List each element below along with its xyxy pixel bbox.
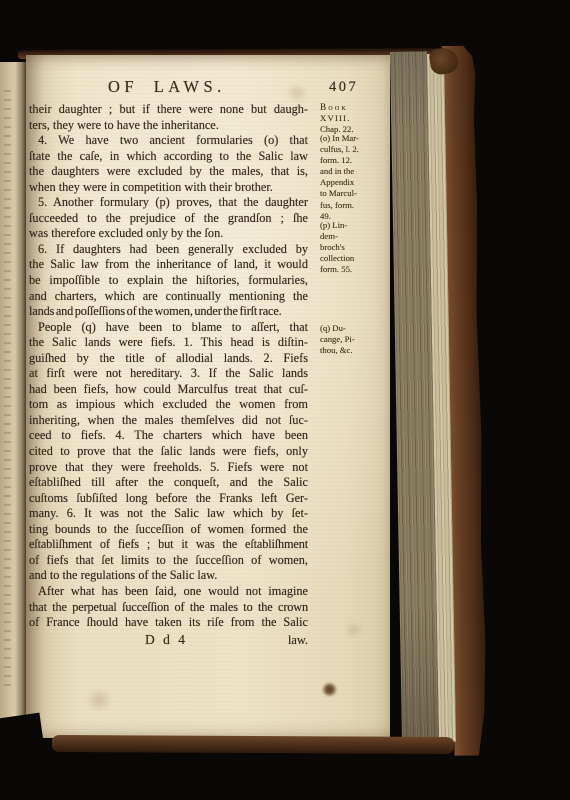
margin-note: BookXVIII.Chap. 22. [320,102,354,135]
margin-note-line: dem- [320,231,354,242]
margin-note-line: Book [320,102,354,113]
margin-note-line: form. 12. [320,155,359,166]
paper-stain [84,691,114,709]
body-lines: their daughter ; but if there were none … [29,102,308,631]
body-line: many. 6. It was not the Salic law which … [29,506,308,522]
running-title: OF LAWS. [108,77,226,97]
margin-note: (p) Lin-dem-broch'scollectionform. 55. [320,220,354,275]
margin-note-line: thou, &c. [320,345,355,356]
margin-note-line: (o) In Mar- [320,133,359,144]
body-line: inheriting, when the males themſelves di… [29,413,308,429]
margin-note-line: (q) Du- [320,323,355,334]
page-footer: D d 4 law. [29,632,308,650]
margin-note-line: cange, Pi- [320,334,355,345]
book-scan: OF LAWS. 407 their daughter ; but if the… [0,0,570,800]
catchword: law. [288,633,308,648]
facing-page-edge [0,62,27,726]
body-line: the Salic law from the inheritance of la… [29,257,308,273]
book-page: OF LAWS. 407 their daughter ; but if the… [26,55,390,738]
body-line: 4. We have two ancient formularies (o) t… [29,133,308,149]
body-line: cuſtoms ſubſiſted long before the Franks… [29,491,308,507]
body-line: ſucceeded to the prejudice of the grandſ… [29,211,308,227]
body-line: tom as impious which excluded the women … [29,397,308,413]
body-line: prove that they were freeholds. 5. Fiefs… [29,460,308,476]
signature-mark: D d 4 [145,632,188,648]
shadow [0,713,44,754]
body-line: 5. Another formulary (p) proves, that th… [29,195,308,211]
margin-note-line: (p) Lin- [320,220,354,231]
body-line: the Salic lands were fiefs. 1. This head… [29,335,308,351]
show-through-text [4,90,11,690]
body-line: of France ſhould have taken its riſe fro… [29,615,308,631]
body-line: and charters, which are continually ment… [29,289,308,305]
paper-stain [344,623,364,637]
body-line: and to the regulations of the Salic law. [29,568,308,584]
margin-note-line: and in the [320,166,359,177]
margin-note-line: form. 55. [320,264,354,275]
body-line: After what has been ſaid, one would not … [29,584,308,600]
body-line: that the perpetual ſucceſſion of the mal… [29,600,308,616]
body-line: ters, they were to have the inheritance. [29,118,308,134]
margin-note-line: Appendix [320,177,359,188]
book-bottom-edge [52,735,454,754]
body-line: cited to prove that the ſalic lands were… [29,444,308,460]
margin-note-line: culfus, l. 2. [320,144,359,155]
body-line: guiſhed by the title of allodial lands. … [29,351,308,367]
body-line: ting bounds to the ſucceſſion of women f… [29,522,308,538]
body-line: 6. If daughters had been generally exclu… [29,242,308,258]
body-line: at firſt were not hereditary. 3. If the … [29,366,308,382]
body-line: People (q) have been to blame to aſſert,… [29,320,308,336]
body-line: when they were in competition with their… [29,180,308,196]
margin-note-line: to Marcul- [320,188,359,199]
body-line: ceed to fiefs. 4. The charters which hav… [29,428,308,444]
body-line: of fiefs that ſet limits to the ſucceſſi… [29,553,308,569]
body-line: lands and poſſeſſions of the women, unde… [29,304,308,320]
body-line: was therefore excluded only by the ſon. [29,226,308,242]
body-line: be impoſſible to explain the hiſtories, … [29,273,308,289]
page-number: 407 [329,79,358,96]
body-line: their daughter ; but if there were none … [29,102,308,118]
body-line: the daughters were excluded by the males… [29,164,308,180]
body-line: eſtabliſhed till after the conqueſt, and… [29,475,308,491]
margin-note: (q) Du-cange, Pi-thou, &c. [320,323,355,356]
margin-note: (o) In Mar-culfus, l. 2.form. 12.and in … [320,133,359,222]
body-line: eſtabliſhment of fiefs ; but it was the … [29,537,308,553]
margin-note-line: XVIII. [320,113,354,124]
page-header: OF LAWS. 407 [26,77,390,99]
body-line: had been fiefs, how could Marculfus trea… [29,382,308,398]
text-block: their daughter ; but if there were none … [29,102,308,650]
paper-stain [322,683,337,696]
margin-note-line: collection [320,253,354,264]
margin-note-line: broch's [320,242,354,253]
body-line: ſtate the caſe, in which according to th… [29,149,308,165]
margin-note-line: fus, form. [320,200,359,211]
